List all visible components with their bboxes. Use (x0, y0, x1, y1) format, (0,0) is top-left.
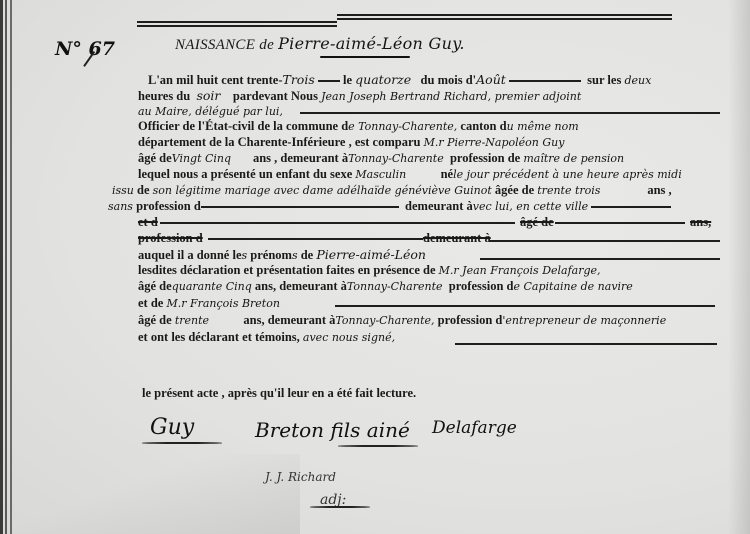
line-struck-ans: ans, (690, 215, 711, 230)
text: ans, demeurant à (243, 313, 335, 327)
text: pardevant Nous (233, 89, 318, 103)
line-date: L'an mil huit cent trente-Trois le quato… (148, 72, 651, 88)
line-child-sex: lequel nous a présenté un enfant du sexe… (138, 167, 682, 182)
line-witness1: lesdites déclaration et présentation fai… (138, 263, 601, 278)
text: lequel nous a présenté un enfant du sexe (138, 167, 352, 181)
text: du mois d' (421, 73, 477, 87)
text: de (137, 183, 150, 197)
line-witness2-details: âgé de trente ans, demeurant àTonnay-Cha… (138, 313, 666, 328)
text: âgé de (138, 313, 172, 327)
title-underline (320, 56, 410, 58)
field-witness2-residence: Tonnay-Charente, (335, 314, 434, 327)
line-struck-residence: demeurant à (423, 231, 491, 246)
field-declarant-profession: maître de pension (523, 152, 624, 165)
document-page: N° 67 NAISSANCE de Pierre-aimé-Léon Guy.… (0, 0, 750, 534)
line-declarant-age: âgé deVingt Cinq ans , demeurant àTonnay… (138, 151, 624, 166)
closing-text: le présent acte , après qu'il leur en a … (142, 386, 416, 401)
filler-rule (480, 258, 720, 260)
text: et d (138, 215, 158, 229)
signature-breton: Breton fils ainé (255, 418, 410, 442)
text: âgé de (138, 279, 172, 293)
text: ans , (647, 183, 671, 197)
text: d (194, 199, 201, 213)
strike-rule (490, 240, 720, 242)
text: profession d (438, 313, 503, 327)
page-edge-shadow (728, 0, 750, 534)
line-witness1-details: âgé dequarante Cinq ans, demeurant àTonn… (138, 279, 633, 294)
field-month: Août (476, 72, 506, 87)
field-sex: Masculin (355, 168, 406, 181)
strike-rule (160, 222, 515, 224)
field-witness1-profession: e Capitaine de navire (514, 280, 633, 293)
text: demeurant à (405, 199, 473, 213)
field-witness1-age: quarante Cinq (172, 280, 252, 293)
field-witness2-profession: 'entrepreneur de maçonnerie (502, 314, 666, 327)
text: profession (136, 199, 191, 213)
text: né (441, 167, 454, 181)
title-de: de (259, 37, 274, 53)
field-officer-role: au Maire, délégué par lui, (138, 105, 283, 118)
text: canton d (460, 119, 506, 133)
text: L'an (148, 73, 173, 87)
field-officer-name: Jean Joseph Bertrand Richard, premier ad… (321, 90, 581, 103)
text: âgé de (138, 151, 172, 165)
line-struck-profession: profession d (138, 231, 203, 246)
field-day: quatorze (355, 72, 411, 87)
text: demeurant à (423, 231, 491, 245)
field-witness1: M.r Jean François Delafarge, (439, 264, 601, 277)
line-parentage: issu de son légitime mariage avec dame a… (112, 183, 672, 198)
signature-flourish (310, 506, 370, 508)
text: âgée de (495, 183, 534, 197)
title-naissance: NAISSANCE (175, 37, 255, 53)
line-commune: Officier de l'État-civil de la commune d… (138, 119, 579, 134)
text: sur les (587, 73, 621, 87)
field-witness2: M.r François Breton (166, 297, 279, 310)
page-fold-shadow (0, 454, 300, 534)
field-time-of-day: soir (196, 88, 220, 103)
field-issu: issu (112, 184, 134, 197)
filler-rule (509, 80, 581, 82)
text: profession de (450, 151, 520, 165)
field-mother-age: trente trois (537, 184, 600, 197)
record-title: NAISSANCE de Pierre-aimé-Léon Guy. (175, 34, 465, 54)
field-declarant: M.r Pierre-Napoléon Guy (424, 136, 565, 149)
filler-rule (335, 305, 715, 307)
text: et de (138, 296, 163, 310)
line-officer: heures du soir pardevant Nous Jean Josep… (138, 88, 581, 104)
field-canton: u même nom (507, 120, 579, 133)
line-struck-age: âgé de (520, 215, 554, 230)
text: lesdites déclaration et présentation fai… (138, 263, 436, 277)
field-given-names: Pierre-aimé-Léon (316, 247, 426, 262)
line-role: au Maire, délégué par lui, (138, 104, 283, 119)
plural-s: s (242, 249, 248, 262)
field-witness2-age: trente (175, 314, 209, 327)
text: profession d (138, 231, 203, 245)
field-hour: deux (624, 74, 651, 87)
line-witness2: et de M.r François Breton (138, 296, 280, 311)
field-witness1-residence: Tonnay-Charente (347, 280, 443, 293)
field-commune: e Tonnay-Charente, (348, 120, 457, 133)
text: auquel il a donné le (138, 248, 242, 262)
signature-richard: J. J. Richard (265, 470, 336, 484)
signature-flourish (338, 445, 418, 447)
text: mil huit cent trente- (176, 73, 282, 87)
text: le (343, 73, 352, 87)
filler-rule (455, 343, 717, 345)
field-year: Trois (282, 72, 314, 87)
text: âgé de (520, 215, 554, 229)
filler-rule (318, 80, 340, 82)
text: profession d (449, 279, 514, 293)
line-given-names: auquel il a donné les prénoms de Pierre-… (138, 247, 426, 263)
line-department: département de la Charente-Inférieure , … (138, 135, 564, 150)
field-birth-time: le jour précédent à une heure après midi (453, 168, 682, 181)
field-mother-residence: vec lui, en cette ville (473, 200, 588, 213)
field-declarant-age: Vingt Cinq (172, 152, 231, 165)
filler-rule (591, 206, 671, 208)
text: département de la Charente-Inférieure , … (138, 135, 420, 149)
line-mother-profession: sans profession d demeurant àvec lui, en… (108, 199, 671, 214)
record-number: N° 67 (55, 38, 115, 60)
line-signed: et ont les déclarant et témoins, avec no… (138, 330, 395, 345)
text: ans, (690, 215, 711, 229)
plural-s: s (292, 249, 298, 262)
text: Officier de l'État-civil de la commune d (138, 119, 348, 133)
strike-rule (555, 222, 685, 224)
text: prénom (250, 248, 292, 262)
text: et ont les déclarant et témoins, (138, 330, 300, 344)
text: de (301, 248, 314, 262)
field-sans: sans (108, 200, 133, 213)
signature-guy: Guy (150, 415, 194, 440)
field-signed-note: avec nous signé, (303, 331, 395, 344)
field-declarant-residence: Tonnay-Charente (348, 152, 444, 165)
signature-delafarge: Delafarge (432, 418, 517, 438)
filler-rule (300, 112, 720, 114)
filler-rule (201, 206, 399, 208)
strike-rule (208, 238, 423, 240)
text: heures du (138, 89, 190, 103)
text: ans , demeurant à (253, 151, 348, 165)
child-full-name: Pierre-aimé-Léon Guy. (278, 34, 465, 53)
line-struck-parent: et d (138, 215, 158, 230)
field-parentage: son légitime mariage avec dame adélhaïde… (153, 184, 492, 197)
text: ans, demeurant à (255, 279, 347, 293)
signature-flourish (142, 442, 222, 444)
